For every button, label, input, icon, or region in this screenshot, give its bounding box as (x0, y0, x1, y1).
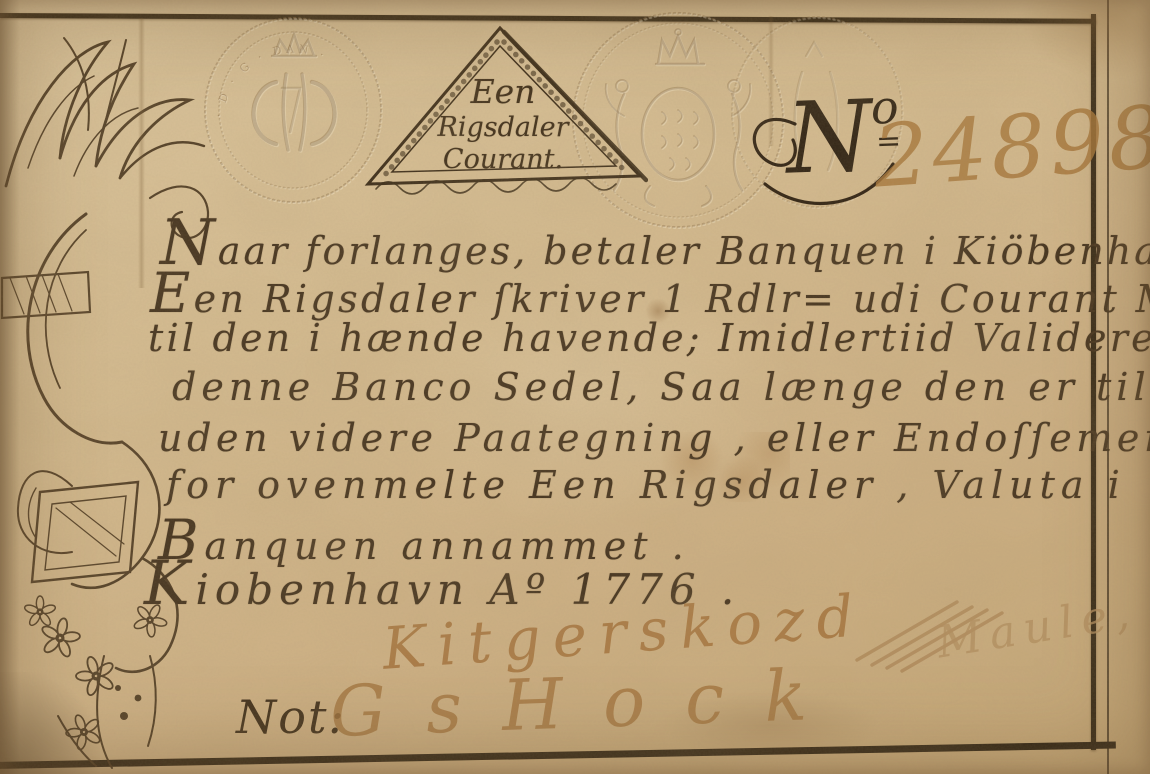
body-line: denne Banco Sedel, Saa længe den er til … (172, 366, 1150, 410)
paper-stain (1020, 0, 1150, 80)
body-line: for ovenmelte Een Rigsdaler , Valuta i (166, 464, 1126, 508)
serial-number: No=24898 (784, 77, 1150, 188)
body-line: til den i hænde havende; Imidlertiid Val… (148, 317, 1150, 361)
triangle-denomination-line3: Courant. (358, 144, 648, 175)
signature-notary: GsHock (329, 653, 848, 753)
seal-monogram-engraving: · D · G · DAN · (205, 18, 381, 202)
serial-digits: 24898 (871, 94, 1150, 200)
serial-prefix: N (784, 80, 874, 197)
body-line: uden videre Paategning , eller Endoſſeme… (158, 417, 1150, 461)
triangle-denomination-line1: Een (358, 72, 648, 111)
denomination-triangle: Een Rigsdaler Courant. (358, 24, 648, 196)
banknote: · D · G · DAN · (0, 0, 1150, 774)
triangle-denomination-line2: Rigsdaler (358, 112, 648, 143)
